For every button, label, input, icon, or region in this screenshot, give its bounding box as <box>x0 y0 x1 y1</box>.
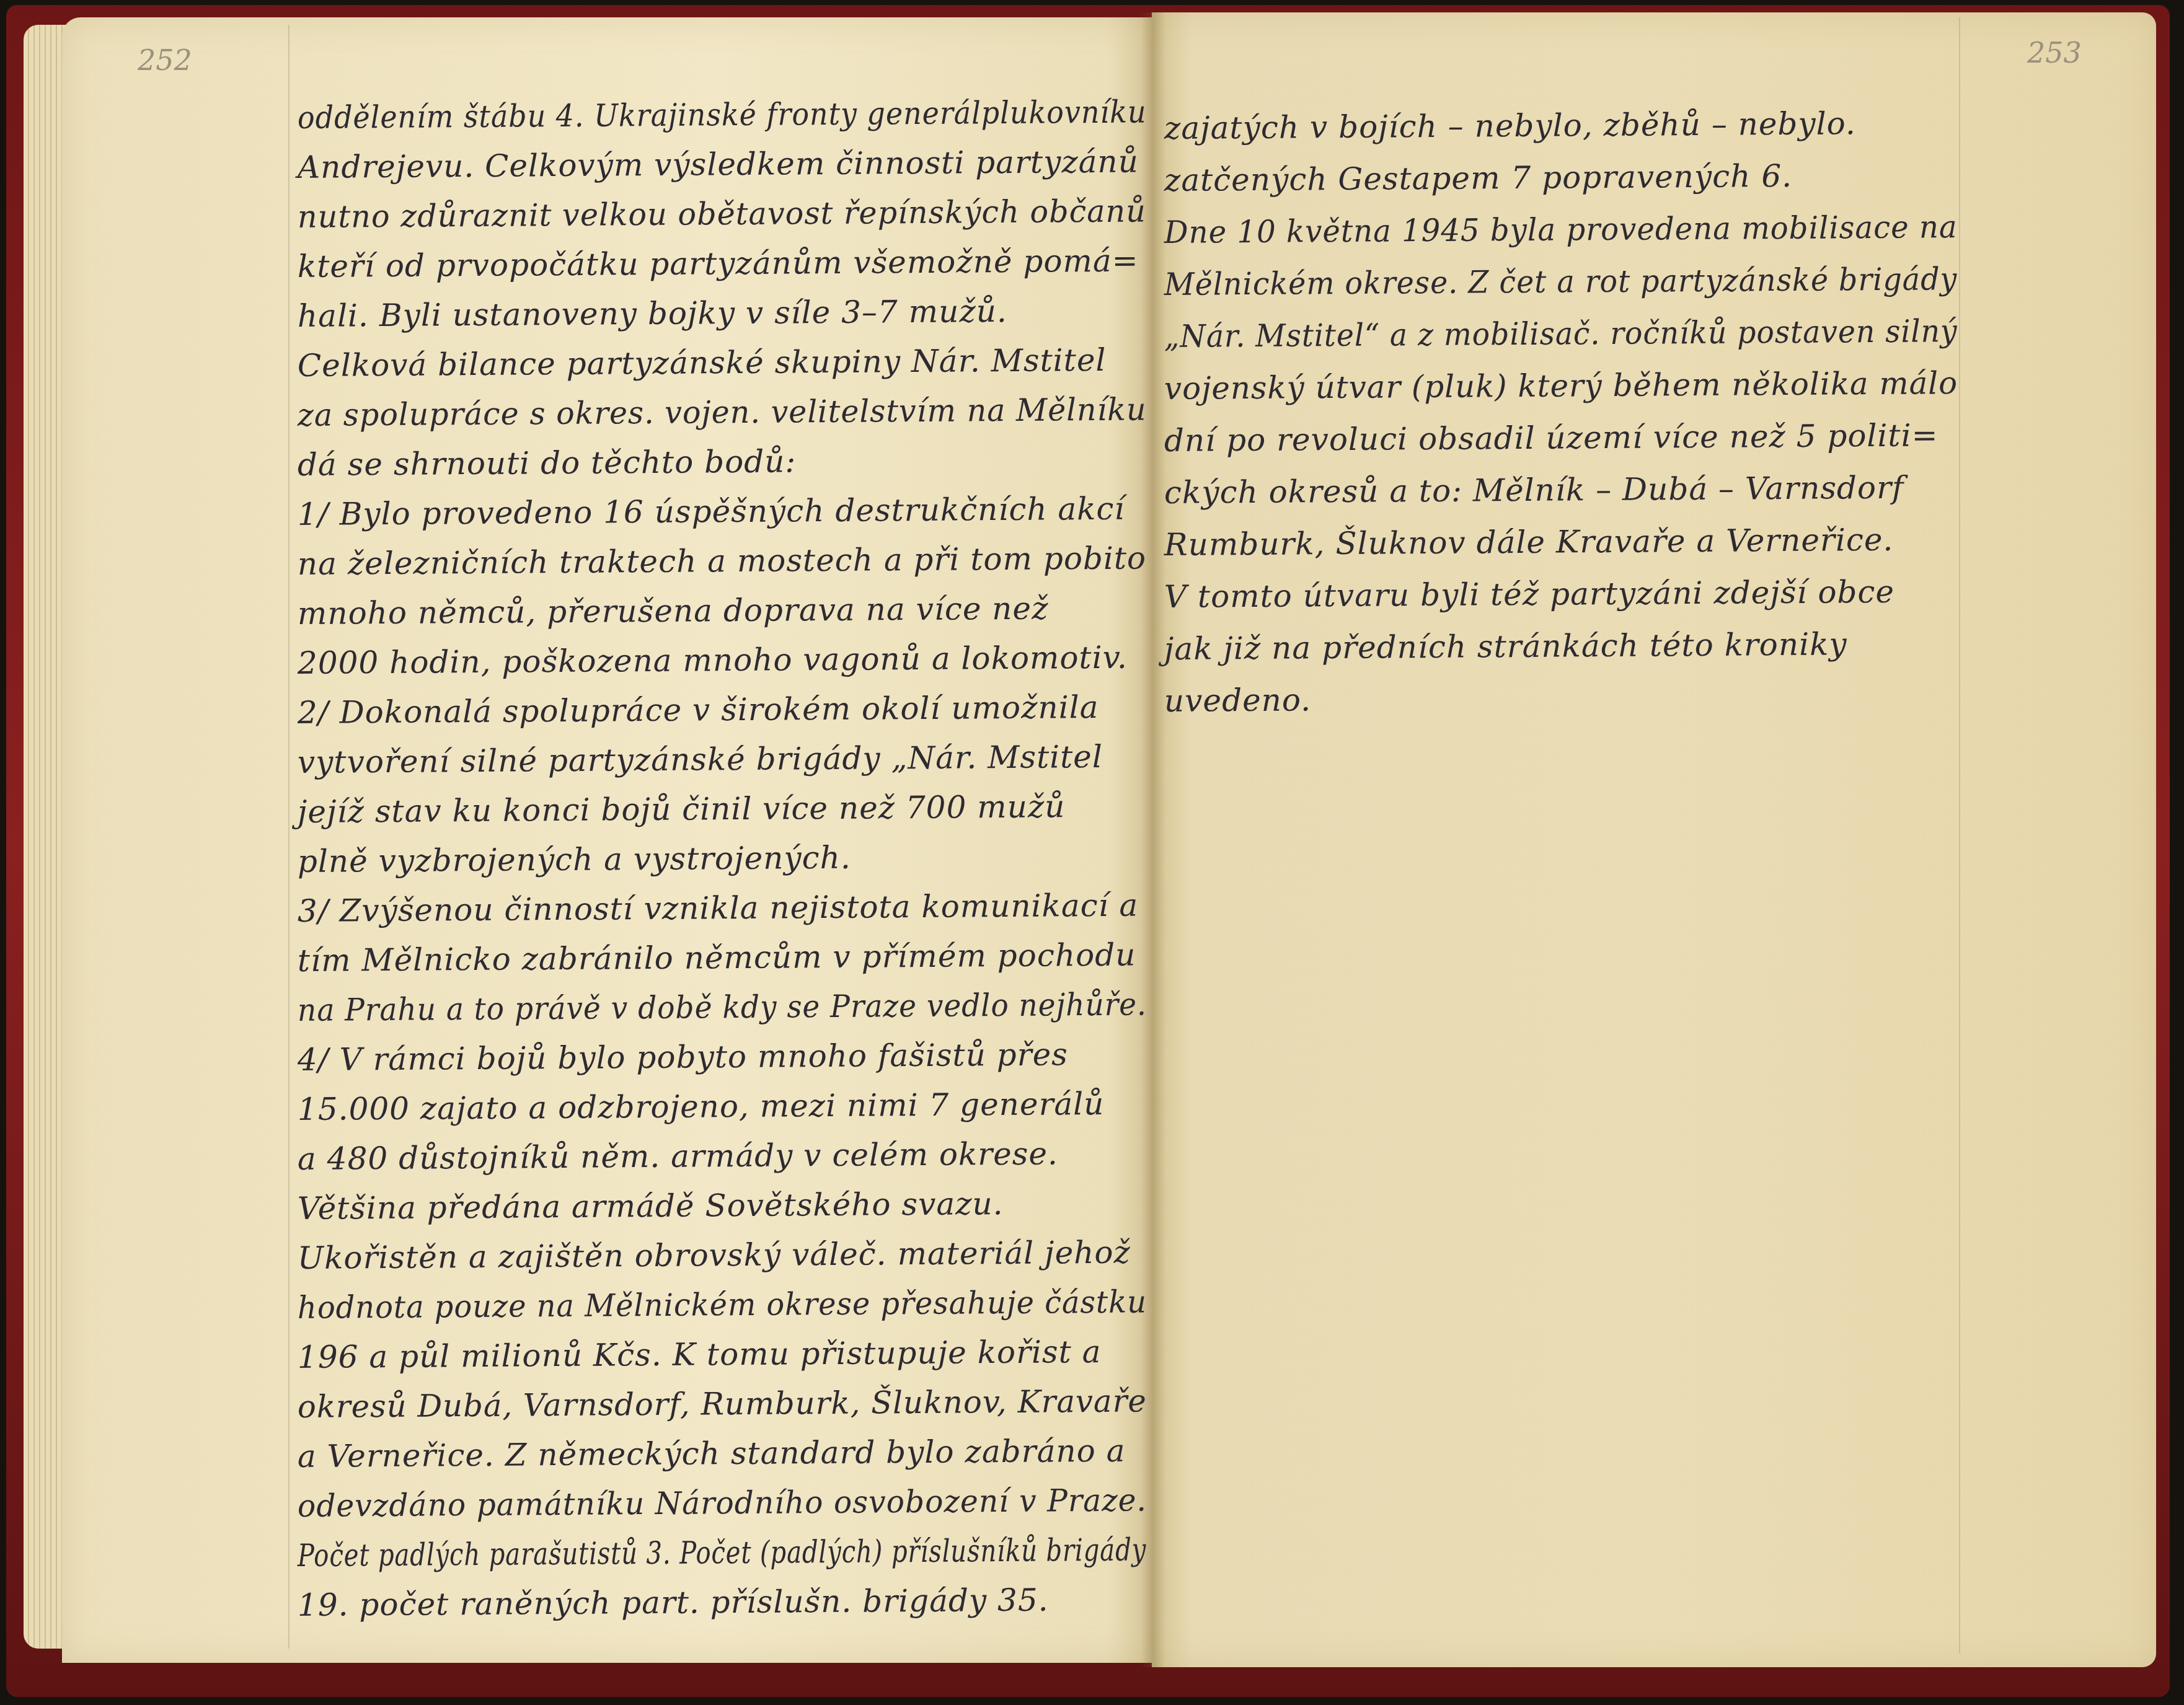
text-line: zajatých v bojích – nebylo, zběhů – neby… <box>1164 97 1958 154</box>
text-line: hodnota pouze na Mělnickém okrese přesah… <box>298 1277 1147 1333</box>
text-line: mnoho němců, přerušena doprava na více n… <box>298 583 1147 638</box>
text-line: Mělnickém okrese. Z čet a rot partyzánsk… <box>1164 253 1958 311</box>
left-page-text: oddělením štábu 4. Ukrajinské fronty gen… <box>298 93 1147 1630</box>
text-line: jejíž stav ku konci bojů činil více než … <box>298 781 1147 837</box>
text-line: ckých okresů a to: Mělník – Dubá – Varns… <box>1164 461 1958 519</box>
text-line: 19. počet raněných part. příslušn. brigá… <box>298 1574 1147 1630</box>
text-line: Počet padlých parašutistů 3. Počet (padl… <box>298 1525 1147 1580</box>
text-line: plně vyzbrojených a vystrojených. <box>298 830 1147 886</box>
text-line: Ukořistěn a zajištěn obrovský váleč. mat… <box>298 1227 1147 1283</box>
list-item-1: 1/ Bylo provedeno 16 úspěšných destrukčn… <box>298 483 1147 539</box>
list-item-3: 3/ Zvýšenou činností vznikla nejistota k… <box>298 880 1147 936</box>
text-line: Andrejevu. Celkovým výsledkem činnosti p… <box>298 136 1147 192</box>
text-line: zatčených Gestapem 7 popravených 6. <box>1164 149 1958 206</box>
text-line: na železničních traktech a mostech a při… <box>298 533 1147 589</box>
text-line: Celková bilance partyzánské skupiny Nár.… <box>298 335 1147 390</box>
text-line: dní po revoluci obsadil území více než 5… <box>1164 409 1958 467</box>
text-line: oddělením štábu 4. Ukrajinské fronty gen… <box>298 87 1147 143</box>
right-margin-rule <box>1959 17 1960 1654</box>
list-item-2: 2/ Dokonalá spolupráce v širokém okolí u… <box>298 682 1147 738</box>
text-line: vytvoření silné partyzánské brigády „Nár… <box>298 731 1147 787</box>
text-line: Rumburk, Šluknov dále Kravaře a Verneřic… <box>1164 513 1958 571</box>
page-number-right: 253 <box>2027 36 2082 69</box>
text-line: uvedeno. <box>1164 669 1958 727</box>
text-line: a 480 důstojníků něm. armády v celém okr… <box>298 1128 1147 1184</box>
text-line: V tomto útvaru byli též partyzáni zdejší… <box>1164 565 1958 623</box>
text-line: na Prahu a to právě v době kdy se Praze … <box>298 979 1147 1035</box>
text-line: vojenský útvar (pluk) který během několi… <box>1164 357 1958 415</box>
text-line: jak již na předních stránkách této kroni… <box>1164 617 1958 675</box>
text-line: nutno zdůraznit velkou obětavost řepínsk… <box>298 186 1147 242</box>
text-line: 15.000 zajato a odzbrojeno, mezi nimi 7 … <box>298 1078 1147 1134</box>
text-line: 2000 hodin, poškozena mnoho vagonů a lok… <box>298 632 1147 688</box>
text-line: tím Mělnicko zabránilo němcům v přímém p… <box>298 930 1147 985</box>
text-line: „Nár. Mstitel“ a z mobilisač. ročníků po… <box>1164 305 1958 363</box>
list-item-4: 4/ V rámci bojů bylo pobyto mnoho fašist… <box>298 1029 1147 1085</box>
text-line: Dne 10 května 1945 byla provedena mobili… <box>1164 201 1958 258</box>
text-line: okresů Dubá, Varnsdorf, Rumburk, Šluknov… <box>298 1376 1147 1432</box>
text-line: kteří od prvopočátku partyzánům všemožně… <box>298 236 1147 291</box>
text-line: Většina předána armádě Sovětského svazu. <box>298 1178 1147 1233</box>
left-margin-rule <box>288 25 290 1649</box>
text-line: dá se shrnouti do těchto bodů: <box>298 434 1147 490</box>
text-line: za spolupráce s okres. vojen. velitelstv… <box>298 384 1147 440</box>
text-line: 196 a půl milionů Kčs. K tomu přistupuje… <box>298 1326 1147 1382</box>
right-page-text: zajatých v bojích – nebylo, zběhů – neby… <box>1164 102 1958 727</box>
text-line: odevzdáno památníku Národního osvobození… <box>298 1475 1147 1531</box>
text-line: a Verneřice. Z německých standard bylo z… <box>298 1425 1147 1481</box>
text-line: hali. Byli ustanoveny bojky v síle 3–7 m… <box>298 285 1147 341</box>
page-number-left: 252 <box>138 43 192 77</box>
